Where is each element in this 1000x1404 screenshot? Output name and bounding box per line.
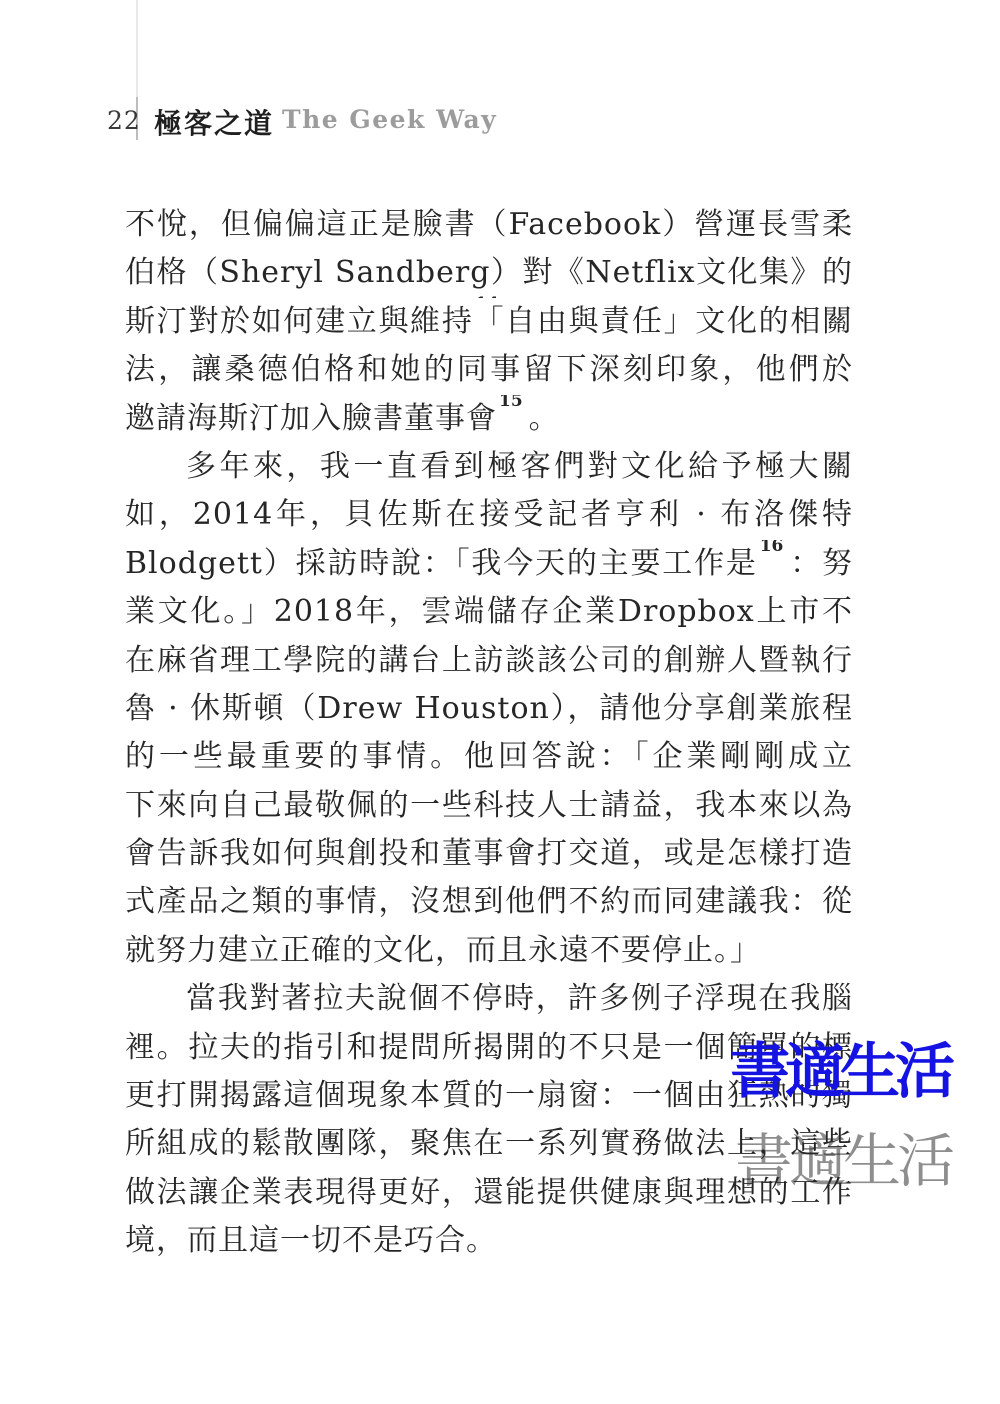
text-segment: Blodgett）採訪時說：「我今天的主要工作是 [125, 546, 758, 581]
text-segment: 伯格（Sheryl Sandberg）對《Netflix文化集》的評價 [125, 255, 853, 297]
text-line: 下來向自己最敬佩的一些科技人士請益，我本來以為他們 [125, 782, 853, 830]
watermark-blue: 書適生活 [730, 1042, 950, 1102]
text-line: Blodgett）採訪時說：「我今天的主要工作是16：努力維護企 [125, 540, 853, 588]
book-title-en: The Geek Way [282, 105, 497, 134]
footnote-ref-14: 14 [475, 294, 499, 298]
text-line: 境，而且這一切不是巧合。 [125, 1217, 853, 1265]
text-line: 斯汀對於如何建立與維持「自由與責任」文化的相關想 [125, 298, 853, 346]
text-line: 如，2014年，貝佐斯在接受記者亨利 · 布洛傑特（Henry [125, 491, 853, 539]
page-number: 22 [107, 106, 141, 135]
text-line: 邀請海斯汀加入臉書董事會15。 [125, 395, 853, 443]
text-segment: 。 [529, 401, 560, 436]
text-line: 不悅，但偏偏這正是臉書（Facebook）營運長雪柔 · 桑德 [125, 201, 853, 249]
text-line: 法，讓桑德伯格和她的同事留下深刻印象，他們於2011年 [125, 346, 853, 394]
book-title-zh: 極客之道 [154, 102, 274, 142]
text-line: 會告訴我如何與創投和董事會打交道，或是怎樣打造病毒 [125, 830, 853, 878]
text-line: 在麻省理工學院的講台上訪談該公司的創辦人暨執行長德 [125, 637, 853, 685]
paragraph: 不悅，但偏偏這正是臉書（Facebook）營運長雪柔 · 桑德 伯格（Shery… [125, 201, 853, 443]
top-margin-rule [136, 0, 138, 97]
text-line: 魯 · 休斯頓（Drew Houston），請他分享創業旅程中學到 [125, 685, 853, 733]
text-line: 業文化。」2018年，雲端儲存企業Dropbox上市不久，我 [125, 588, 853, 636]
paragraph: 當我對著拉夫說個不停時，許多例子浮現在我腦海 裡。拉夫的指引和提問所揭開的不只是… [125, 975, 853, 1265]
text-line: 做法讓企業表現得更好，還能提供健康與理想的工作環 [125, 1169, 853, 1217]
footnote-ref-15: 15 [499, 395, 523, 411]
text-line: 多年來，我一直看到極客們對文化給予極大關注。例 [125, 443, 853, 491]
text-line: 當我對著拉夫說個不停時，許多例子浮現在我腦海 [125, 975, 853, 1023]
text-line: 伯格（Sheryl Sandberg）對《Netflix文化集》的評價14。海 [125, 249, 853, 297]
text-line: 所組成的鬆散團隊，聚焦在一系列實務做法上，這些實務 [125, 1120, 853, 1168]
footnote-ref-16: 16 [760, 540, 784, 556]
paragraph: 多年來，我一直看到極客們對文化給予極大關注。例 如，2014年，貝佐斯在接受記者… [125, 443, 853, 975]
book-page: 22 極客之道 The Geek Way 不悅，但偏偏這正是臉書（Faceboo… [0, 0, 1000, 1404]
text-segment: 邀請海斯汀加入臉書董事會 [125, 401, 497, 436]
text-line: 的一些最重要的事情。他回答說：「企業剛剛成立時，我坐 [125, 733, 853, 781]
page-header: 22 極客之道 The Geek Way [0, 102, 1000, 142]
text-line: 就努力建立正確的文化，而且永遠不要停止。」 [125, 927, 853, 975]
text-line: 式產品之類的事情，沒想到他們不約而同建議我：從一開始 [125, 878, 853, 926]
